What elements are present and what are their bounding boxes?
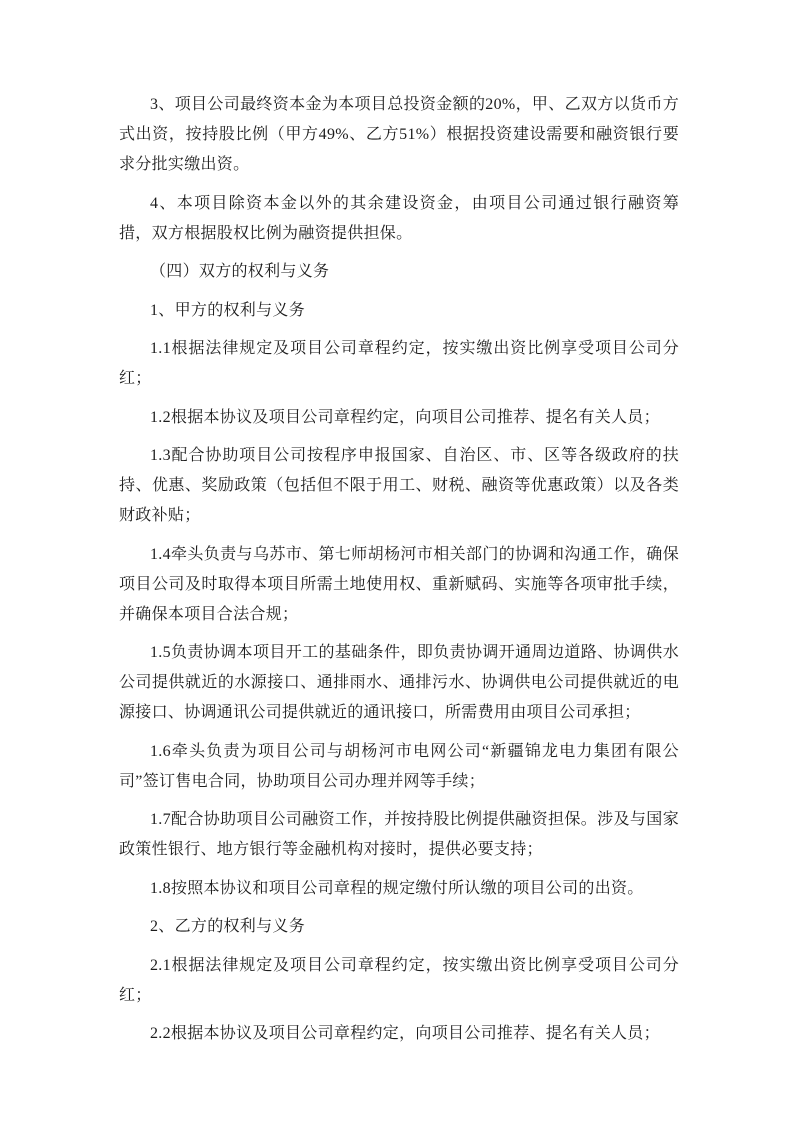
subheading-party-a: 1、甲方的权利与义务 [119,296,679,326]
document-body: 3、项目公司最终资本金为本项目总投资金额的20%，甲、乙双方以货币方式出资，按持… [119,90,679,1058]
document-page: 3、项目公司最终资本金为本项目总投资金额的20%，甲、乙双方以货币方式出资，按持… [0,0,794,1123]
clause-2-1: 2.1根据法律规定及项目公司章程约定，按实缴出资比例享受项目公司分红； [119,951,679,1011]
paragraph-construction-financing: 4、本项目除资本金以外的其余建设资金，由项目公司通过银行融资筹措，双方根据股权比… [119,189,679,249]
clause-1-7: 1.7配合协助项目公司融资工作，并按持股比例提供融资担保。涉及与国家政策性银行、… [119,805,679,865]
subheading-party-b: 2、乙方的权利与义务 [119,912,679,942]
clause-1-5: 1.5负责协调本项目开工的基础条件，即负责协调开通周边道路、协调供水公司提供就近… [119,638,679,728]
section-heading-rights-obligations: （四）双方的权利与义务 [119,257,679,287]
clause-1-3: 1.3配合协助项目公司按程序申报国家、自治区、市、区等各级政府的扶持、优惠、奖励… [119,441,679,531]
clause-1-1: 1.1根据法律规定及项目公司章程约定，按实缴出资比例享受项目公司分红； [119,334,679,394]
clause-2-2: 2.2根据本协议及项目公司章程约定，向项目公司推荐、提名有关人员； [119,1019,679,1049]
paragraph-capital-contribution: 3、项目公司最终资本金为本项目总投资金额的20%，甲、乙双方以货币方式出资，按持… [119,90,679,180]
clause-1-8: 1.8按照本协议和项目公司章程的规定缴付所认缴的项目公司的出资。 [119,874,679,904]
clause-1-6: 1.6牵头负责为项目公司与胡杨河市电网公司“新疆锦龙电力集团有限公司”签订售电合… [119,737,679,797]
clause-1-4: 1.4牵头负责与乌苏市、第七师胡杨河市相关部门的协调和沟通工作，确保项目公司及时… [119,540,679,630]
clause-1-2: 1.2根据本协议及项目公司章程约定，向项目公司推荐、提名有关人员； [119,403,679,433]
